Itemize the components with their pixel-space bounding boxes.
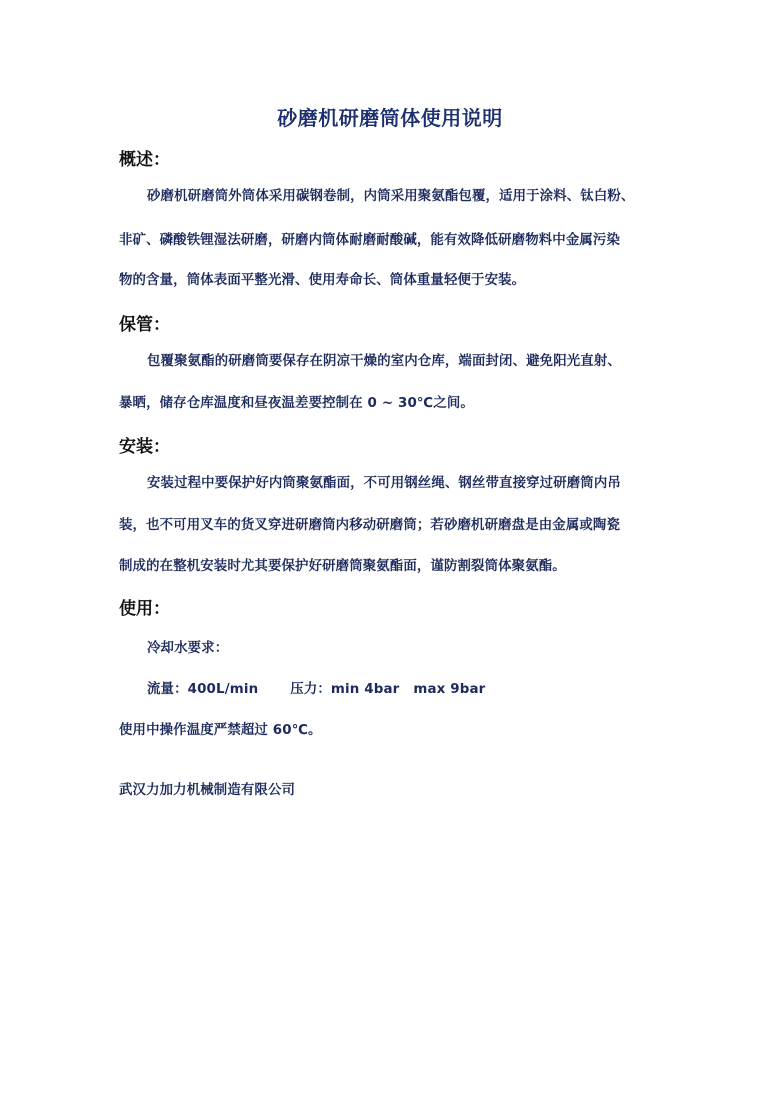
- section-heading-overview: 概述：: [119, 145, 170, 170]
- installation-line-1: 安装过程中要保护好内筒聚氨酯面，不可用钢丝绳、钢丝带直接穿过研磨筒内吊: [147, 472, 621, 491]
- section-heading-storage: 保管：: [119, 310, 170, 335]
- pressure-max: max 9bar: [413, 682, 485, 697]
- overview-line-3: 物的含量，筒体表面平整光滑、使用寿命长、筒体重量轻便于安装。: [119, 269, 525, 288]
- cooling-water-label: 冷却水要求：: [147, 637, 228, 656]
- pressure-min: min 4bar: [331, 682, 399, 697]
- storage-line-1: 包覆聚氨酯的研磨筒要保存在阴凉干燥的室内仓库，端面封闭、避免阳光直射、: [147, 350, 621, 369]
- section-heading-usage: 使用：: [119, 594, 170, 619]
- cooling-water-spec: 流量：400L/min压力：min 4barmax 9bar: [147, 678, 485, 697]
- overview-line-1: 砂磨机研磨筒外筒体采用碳钢卷制，内筒采用聚氨酯包覆，适用于涂料、钛白粉、: [147, 185, 634, 204]
- document-page: 砂磨机研磨筒体使用说明 概述： 砂磨机研磨筒外筒体采用碳钢卷制，内筒采用聚氨酯包…: [0, 0, 780, 1102]
- overview-line-2: 非矿、磷酸铁锂湿法研磨，研磨内筒体耐磨耐酸碱，能有效降低研磨物料中金属污染: [119, 229, 620, 248]
- installation-line-3: 制成的在整机安装时尤其要保护好研磨筒聚氨酯面，谨防割裂筒体聚氨酯。: [119, 555, 566, 574]
- flow-value: 400L/min: [188, 682, 259, 697]
- document-title: 砂磨机研磨筒体使用说明: [0, 102, 780, 131]
- section-heading-installation: 安装：: [119, 432, 170, 457]
- pressure-label: 压力：: [290, 682, 331, 697]
- temperature-note: 使用中操作温度严禁超过 60℃。: [119, 719, 322, 738]
- installation-line-2: 装，也不可用叉车的货叉穿进研磨筒内移动研磨筒；若砂磨机研磨盘是由金属或陶瓷: [119, 514, 620, 533]
- flow-label: 流量：: [147, 682, 188, 697]
- storage-line-2: 暴晒，储存仓库温度和昼夜温差要控制在 0 ~ 30℃之间。: [119, 392, 474, 411]
- company-name: 武汉力加力机械制造有限公司: [119, 779, 295, 798]
